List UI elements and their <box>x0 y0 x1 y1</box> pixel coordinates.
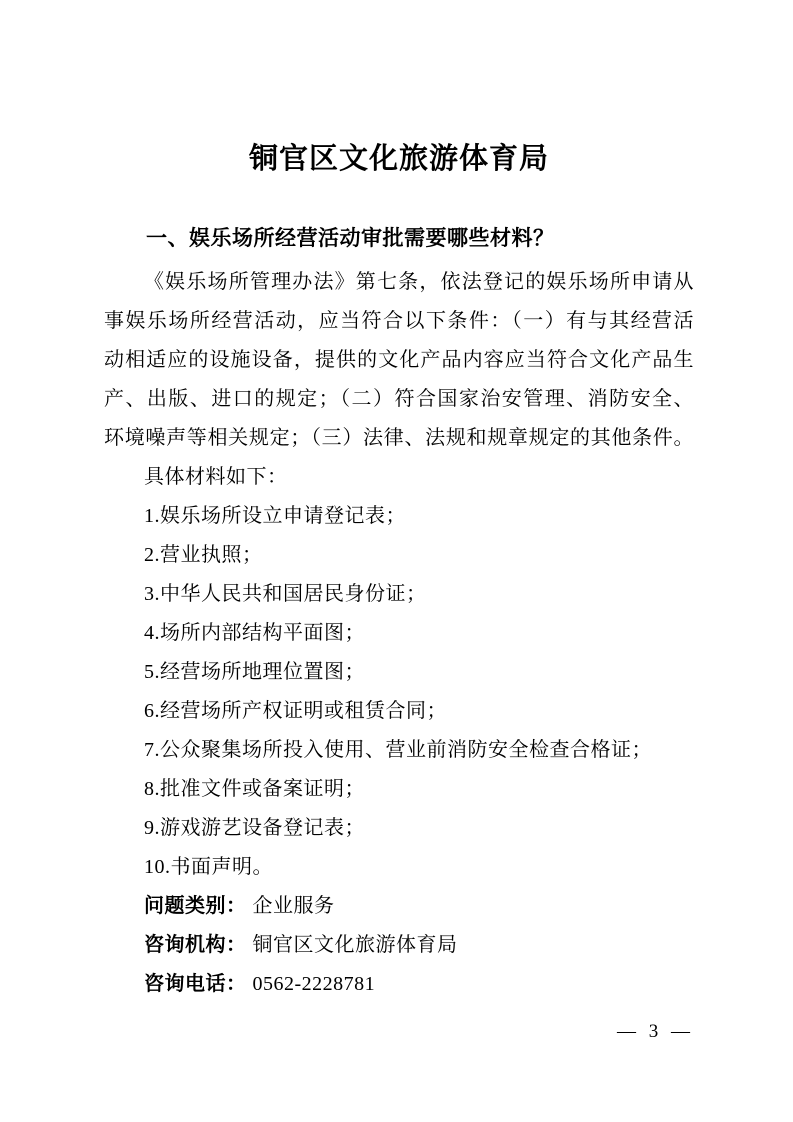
doc-title: 铜官区文化旅游体育局 <box>104 138 694 180</box>
list-item: 10.书面声明。 <box>104 848 694 887</box>
page-number: — 3 — <box>104 1018 694 1046</box>
list-item: 8.批准文件或备案证明； <box>104 770 694 809</box>
list-item: 9.游戏游艺设备登记表； <box>104 809 694 848</box>
info-fields: 问题类别：企业服务 咨询机构：铜官区文化旅游体育局 咨询电话：0562-2228… <box>104 887 694 1004</box>
field-label: 问题类别： <box>144 895 247 917</box>
document-page: 铜官区文化旅游体育局 一、娱乐场所经营活动审批需要哪些材料？ 《娱乐场所管理办法… <box>0 0 793 1122</box>
paragraph: 《娱乐场所管理办法》第七条，依法登记的娱乐场所申请从 事娱乐场所经营活动，应当符… <box>104 263 694 458</box>
list-item: 5.经营场所地理位置图； <box>104 653 694 692</box>
paragraph-line: 环境噪声等相关规定；（三）法律、法规和规章规定的其他条件。 <box>104 419 694 458</box>
materials-list: 1.娱乐场所设立申请登记表； 2.营业执照； 3.中华人民共和国居民身份证； 4… <box>104 497 694 887</box>
field-label: 咨询机构： <box>144 934 247 956</box>
list-item: 1.娱乐场所设立申请登记表； <box>104 497 694 536</box>
list-item: 3.中华人民共和国居民身份证； <box>104 575 694 614</box>
paragraph-line: 动相适应的设施设备，提供的文化产品内容应当符合文化产品生 <box>104 341 694 380</box>
materials-intro: 具体材料如下： <box>104 458 694 497</box>
field-row-category: 问题类别：企业服务 <box>104 887 694 926</box>
list-item: 4.场所内部结构平面图； <box>104 614 694 653</box>
field-value: 铜官区文化旅游体育局 <box>253 934 458 956</box>
list-item: 7.公众聚集场所投入使用、营业前消防安全检查合格证； <box>104 731 694 770</box>
list-item: 6.经营场所产权证明或租赁合同； <box>104 692 694 731</box>
paragraph-line: 产、出版、进口的规定；（二）符合国家治安管理、消防安全、 <box>104 380 694 419</box>
field-row-agency: 咨询机构：铜官区文化旅游体育局 <box>104 926 694 965</box>
field-label: 咨询电话： <box>144 973 247 995</box>
field-value: 企业服务 <box>253 895 335 917</box>
document-body: 《娱乐场所管理办法》第七条，依法登记的娱乐场所申请从 事娱乐场所经营活动，应当符… <box>104 263 694 1046</box>
paragraph-line: 事娱乐场所经营活动，应当符合以下条件：（一）有与其经营活 <box>104 302 694 341</box>
section-heading: 一、娱乐场所经营活动审批需要哪些材料？ <box>104 219 694 258</box>
list-item: 2.营业执照； <box>104 536 694 575</box>
field-value: 0562-2228781 <box>253 973 376 995</box>
paragraph-line: 《娱乐场所管理办法》第七条，依法登记的娱乐场所申请从 <box>104 263 694 302</box>
field-row-phone: 咨询电话：0562-2228781 <box>104 965 694 1004</box>
